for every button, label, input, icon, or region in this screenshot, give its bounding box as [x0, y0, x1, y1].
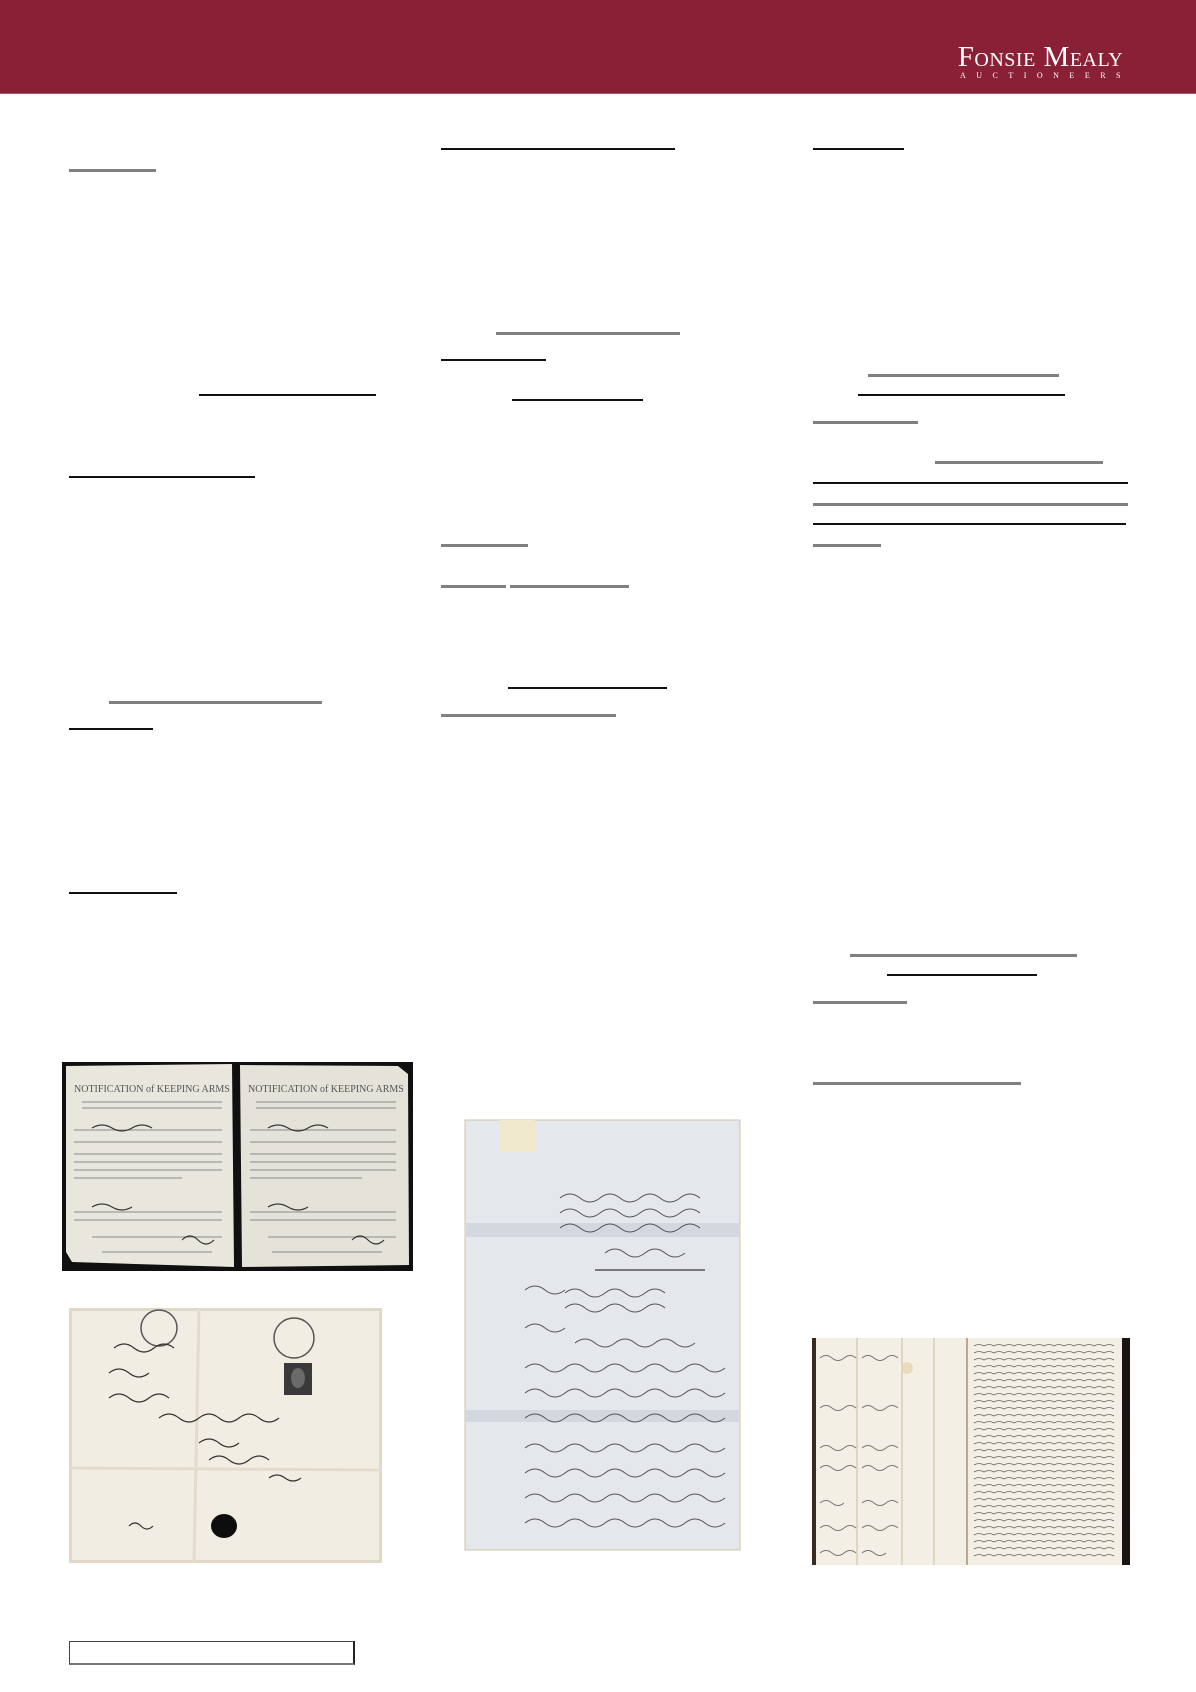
link-underline-col2[interactable] [441, 544, 528, 547]
link-underline-col1[interactable] [109, 701, 322, 704]
link-underline-col1[interactable] [69, 169, 156, 172]
link-underline-col3[interactable] [813, 1001, 907, 1004]
link-underline-col1[interactable] [69, 892, 177, 894]
link-underline-col3[interactable] [935, 461, 1103, 464]
link-underline-col3[interactable] [813, 544, 881, 547]
link-underline-col2[interactable] [512, 399, 643, 401]
link-underline-col3[interactable] [813, 421, 918, 424]
link-underline-col2[interactable] [510, 585, 629, 588]
link-underline-col2[interactable] [441, 148, 675, 150]
fonsie-mealy-logo[interactable]: Fonsie Mealy AUCTIONEERS [950, 44, 1131, 82]
notification-of-keeping-arms-photo: NOTIFICATION of KEEPING ARMS NOTIFICATIO… [62, 1062, 413, 1271]
penny-black-letter-photo [69, 1308, 382, 1563]
logo-wordmark: Fonsie Mealy [950, 44, 1131, 70]
svg-text:NOTIFICATION of KEEPING ARMS: NOTIFICATION of KEEPING ARMS [248, 1084, 404, 1095]
footer-caption-box [69, 1641, 355, 1665]
link-underline-col3[interactable] [858, 394, 1065, 396]
wax-seal-icon [211, 1514, 237, 1538]
header-bar: Fonsie Mealy AUCTIONEERS [0, 0, 1196, 94]
svg-text:NOTIFICATION of KEEPING ARMS: NOTIFICATION of KEEPING ARMS [74, 1084, 230, 1095]
link-underline-col1[interactable] [69, 476, 255, 478]
link-underline-col3[interactable] [813, 148, 904, 150]
link-underline-col3[interactable] [813, 503, 1128, 506]
link-underline-col2[interactable] [496, 332, 680, 335]
link-underline-col1[interactable] [69, 728, 153, 730]
manuscript-report-photo [455, 1118, 742, 1563]
link-underline-col2[interactable] [508, 687, 667, 689]
link-underline-col3[interactable] [813, 482, 1128, 484]
link-underline-col3[interactable] [850, 954, 1077, 957]
link-underline-col3[interactable] [813, 523, 1126, 525]
link-underline-col1[interactable] [199, 394, 376, 396]
ledger-book-photo [812, 1338, 1130, 1565]
link-underline-col3[interactable] [868, 374, 1059, 377]
link-underline-col3[interactable] [887, 974, 1037, 976]
link-underline-col2[interactable] [441, 359, 546, 361]
logo-tagline: AUCTIONEERS [960, 70, 1131, 82]
link-underline-col2[interactable] [441, 714, 616, 717]
link-underline-col3[interactable] [813, 1082, 1021, 1085]
link-underline-col2[interactable] [441, 585, 506, 588]
